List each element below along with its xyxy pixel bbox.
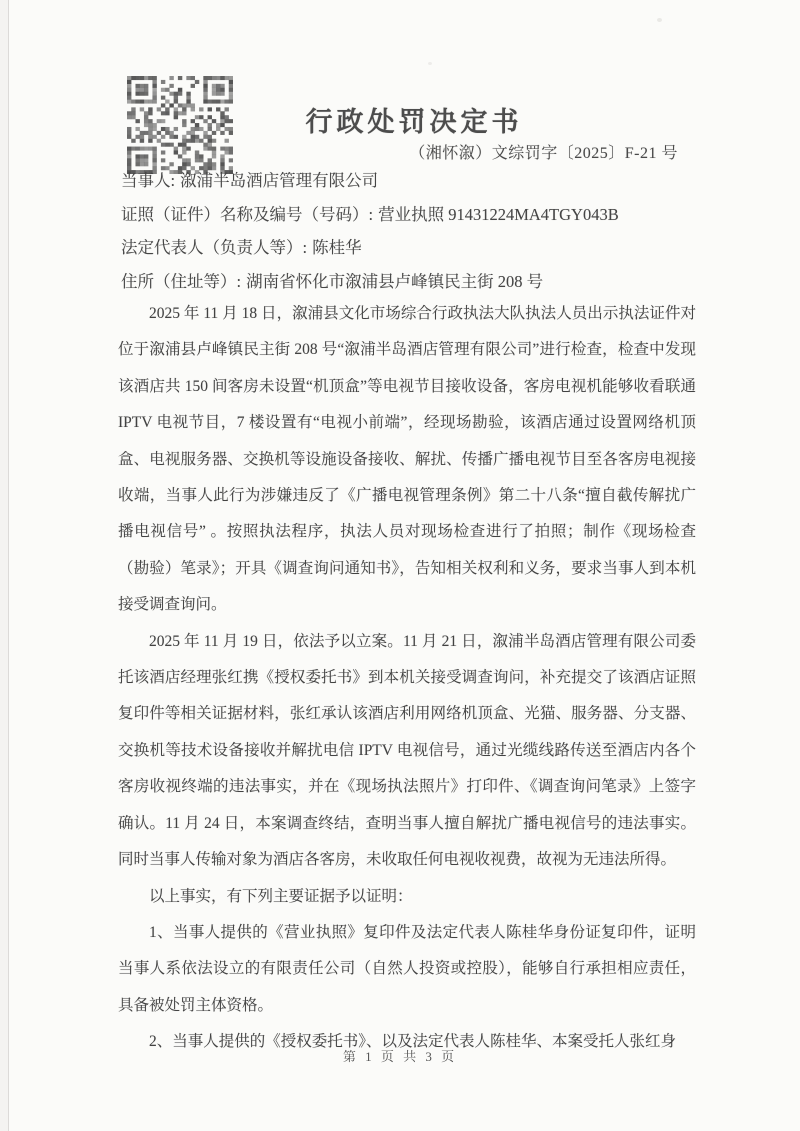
field-value: 营业执照 91431224MA4TGY043B xyxy=(378,205,619,224)
body-paragraph: 以上事实，有下列主要证据予以证明： xyxy=(118,879,696,915)
document-body: 2025 年 11 月 18 日，溆浦县文化市场综合行政执法大队执法人员出示执法… xyxy=(118,296,696,1061)
body-paragraph: 2025 年 11 月 18 日，溆浦县文化市场综合行政执法大队执法人员出示执法… xyxy=(118,296,696,624)
scan-speck xyxy=(657,18,662,22)
field-label: 当事人: xyxy=(121,171,175,190)
field-value: 溆浦半岛酒店管理有限公司 xyxy=(180,171,378,190)
scan-speck xyxy=(428,62,432,65)
document-title: 行政处罚决定书 xyxy=(0,100,800,139)
scan-edge-line xyxy=(8,0,9,1131)
field-label: 证照（证件）名称及编号（号码）: xyxy=(121,205,373,224)
party-info-section: 当事人:溆浦半岛酒店管理有限公司 证照（证件）名称及编号（号码）:营业执照 91… xyxy=(121,164,691,298)
page-number: 第 1 页 共 3 页 xyxy=(0,1046,800,1065)
scanned-document-page: 行政处罚决定书 （湘怀溆）文综罚字〔2025〕F-21 号 当事人:溆浦半岛酒店… xyxy=(0,0,800,1131)
scan-edge-shading xyxy=(0,0,8,1131)
field-value: 湖南省怀化市溆浦县卢峰镇民主街 208 号 xyxy=(246,272,543,291)
document-number: （湘怀溆）文综罚字〔2025〕F-21 号 xyxy=(0,140,678,163)
field-row-address: 住所（住址等）:湖南省怀化市溆浦县卢峰镇民主街 208 号 xyxy=(121,265,691,299)
field-label: 法定代表人（负责人等）: xyxy=(121,238,307,257)
field-row-party: 当事人:溆浦半岛酒店管理有限公司 xyxy=(121,164,691,198)
field-value: 陈桂华 xyxy=(312,238,362,257)
body-paragraph: 1、当事人提供的《营业执照》复印件及法定代表人陈桂华身份证复印件，证明当事人系依… xyxy=(118,915,696,1024)
body-paragraph: 2025 年 11 月 19 日，依法予以立案。11 月 21 日，溆浦半岛酒店… xyxy=(118,624,696,879)
field-row-legal-representative: 法定代表人（负责人等）:陈桂华 xyxy=(121,231,691,265)
field-row-license: 证照（证件）名称及编号（号码）:营业执照 91431224MA4TGY043B xyxy=(121,198,691,232)
field-label: 住所（住址等）: xyxy=(121,272,241,291)
